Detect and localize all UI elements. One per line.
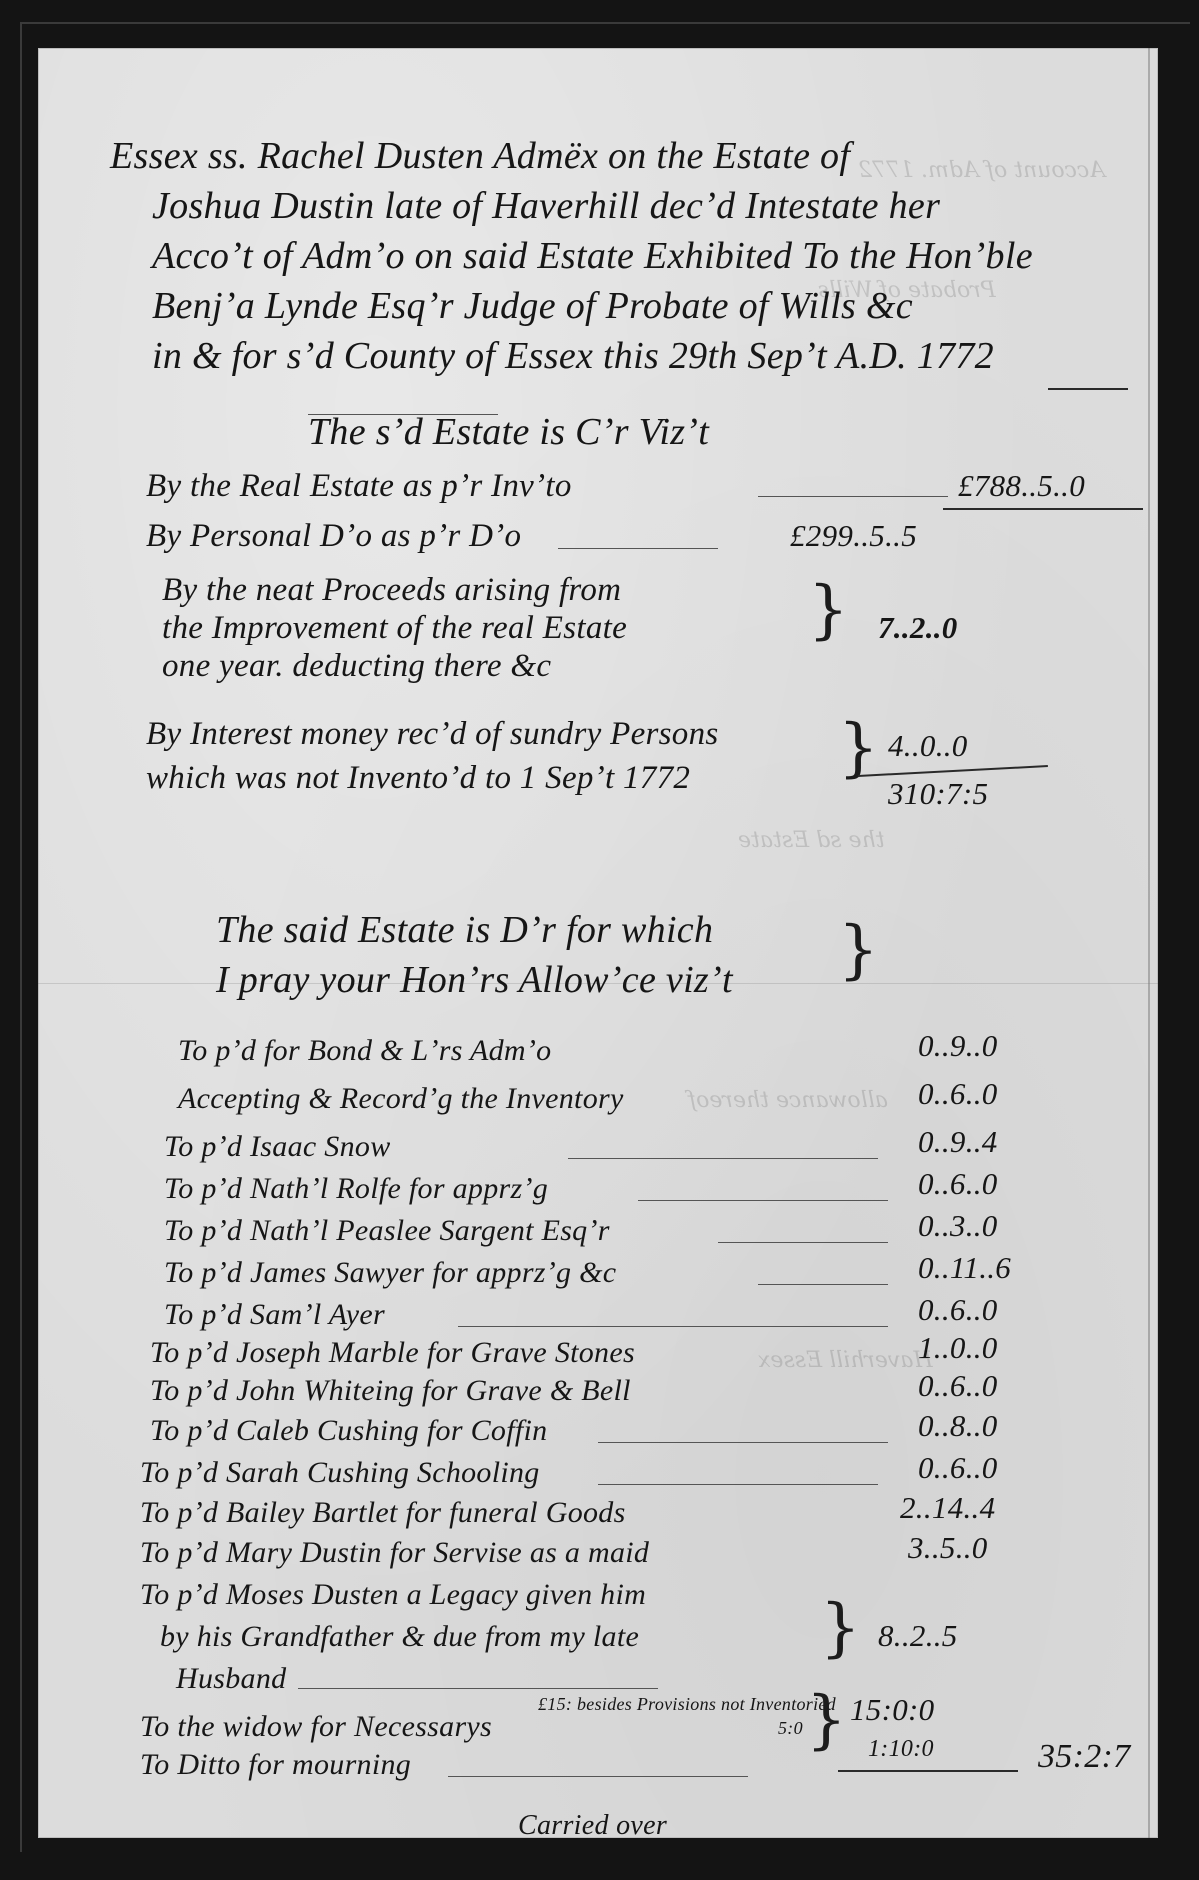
debit-amount: 0..6..0 bbox=[918, 1166, 998, 1202]
widow-provisions-note: £15: besides Provisions not Inventoried bbox=[538, 1694, 836, 1715]
debit-amount: 0..3..0 bbox=[918, 1208, 998, 1244]
debit-entry-legacy-line-2: by his Grandfather & due from my late bbox=[160, 1620, 639, 1654]
debit-amount-widow-necessaries: 15:0:0 bbox=[850, 1692, 934, 1728]
leader-line bbox=[758, 1284, 888, 1285]
brace-icon: } bbox=[820, 1596, 861, 1660]
leader-line bbox=[598, 1442, 888, 1443]
header-line-5: in & for sʼd County of Essex this 29th S… bbox=[152, 334, 994, 378]
debit-amount: 1..0..0 bbox=[918, 1330, 998, 1366]
bleed-through-text: Haverhill Essex bbox=[758, 1348, 933, 1373]
credit-entry-proceeds-line-2: the Improvement of the real Estate bbox=[162, 610, 627, 647]
leader-line bbox=[298, 1688, 658, 1689]
header-line-4: Benjʼa Lynde Esqʼr Judge of Probate of W… bbox=[152, 284, 913, 328]
brace-icon: } bbox=[808, 578, 849, 642]
debit-amount: 2..14..4 bbox=[900, 1490, 995, 1526]
credit-amount-personal-estate: £299..5..5 bbox=[790, 518, 917, 554]
credit-subtotal: 310:7:5 bbox=[888, 776, 988, 812]
debit-entry-legacy-line-1: To pʼd Moses Dusten a Legacy given him bbox=[140, 1578, 646, 1612]
credit-amount-interest: 4..0..0 bbox=[888, 728, 968, 764]
debit-entry: To pʼd Sarah Cushing Schooling bbox=[140, 1456, 540, 1490]
credit-entry-personal-estate: By Personal Dʼo as pʼr Dʼo bbox=[146, 518, 521, 555]
total-rule bbox=[838, 1770, 1018, 1772]
bleed-through-text: allowance thereof bbox=[688, 1088, 888, 1113]
leader-line bbox=[598, 1484, 878, 1485]
debit-entry: Accepting & Recordʼg the Inventory bbox=[178, 1082, 624, 1116]
debit-amount: 3..5..0 bbox=[908, 1530, 988, 1566]
brace-icon: } bbox=[838, 716, 879, 780]
frame-left-edge bbox=[20, 22, 22, 1852]
debit-amount: 0..11..6 bbox=[918, 1250, 1011, 1286]
bleed-through-text: the sd Estate bbox=[738, 828, 885, 853]
debit-entry: To pʼd Bailey Bartlet for funeral Goods bbox=[140, 1496, 626, 1530]
debit-entry: To pʼd Joseph Marble for Grave Stones bbox=[150, 1336, 635, 1370]
leader-line bbox=[718, 1242, 888, 1243]
debit-entry-mourning: To Ditto for mourning bbox=[140, 1748, 411, 1782]
credit-entry-interest-line-1: By Interest money recʼd of sundry Person… bbox=[146, 716, 719, 753]
debit-amount: 0..9..0 bbox=[918, 1028, 998, 1064]
debit-amount: 0..9..4 bbox=[918, 1124, 998, 1160]
debit-total: 35:2:7 bbox=[1038, 1738, 1130, 1776]
leader-line bbox=[458, 1326, 888, 1327]
credit-entry-interest-line-2: which was not Inventoʼd to 1 Sepʼt 1772 bbox=[146, 760, 690, 797]
credit-entry-real-estate: By the Real Estate as pʼr Invʼto bbox=[146, 468, 572, 505]
debit-amount-mourning: 1:10:0 bbox=[868, 1736, 934, 1763]
leader-line bbox=[758, 496, 948, 497]
debit-amount: 0..6..0 bbox=[918, 1368, 998, 1404]
debit-entry: To pʼd for Bond & Lʼrs Admʼo bbox=[178, 1034, 551, 1068]
debit-entry: To pʼd Nathʼl Rolfe for apprzʼg bbox=[164, 1172, 548, 1206]
debit-amount-legacy: 8..2..5 bbox=[878, 1618, 958, 1654]
debit-entry-legacy-line-3: Husband bbox=[176, 1662, 286, 1696]
header-line-1: Essex ss. Rachel Dusten Admëx on the Est… bbox=[110, 134, 850, 178]
debit-entry: To pʼd James Sawyer for apprzʼg &c bbox=[164, 1256, 616, 1290]
brace-icon: } bbox=[838, 918, 879, 982]
debit-entry: To pʼd Samʼl Ayer bbox=[164, 1298, 385, 1332]
debit-heading-line-2: I pray your Honʼrs Allowʼce vizʼt bbox=[216, 958, 733, 1002]
credit-heading: The sʼd Estate is Cʼr Vizʼt bbox=[308, 410, 709, 454]
debit-entry: To pʼd John Whiteing for Grave & Bell bbox=[150, 1374, 631, 1408]
header-line-2: Joshua Dustin late of Haverhill decʼd In… bbox=[152, 184, 940, 228]
debit-amount: 0..6..0 bbox=[918, 1450, 998, 1486]
bleed-through-text: Account of Adm. 1772 bbox=[858, 158, 1105, 183]
debit-entry-widow-necessaries: To the widow for Necessarys bbox=[140, 1710, 492, 1744]
credit-heading-flourish bbox=[308, 414, 498, 415]
manuscript-page: Account of Adm. 1772 Probate of Wills th… bbox=[38, 48, 1158, 1838]
leader-line bbox=[638, 1200, 888, 1201]
frame-top-edge bbox=[20, 22, 1190, 24]
debit-entry: To pʼd Isaac Snow bbox=[164, 1130, 391, 1164]
leader-line bbox=[448, 1776, 748, 1777]
debit-entry: To pʼd Caleb Cushing for Coffin bbox=[150, 1414, 547, 1448]
debit-entry: To pʼd Mary Dustin for Servise as a maid bbox=[140, 1536, 649, 1570]
credit-entry-proceeds-line-3: one year. deducting there &c bbox=[162, 648, 551, 685]
amount-underline bbox=[943, 508, 1143, 510]
debit-heading-line-1: The said Estate is Dʼr for which bbox=[216, 908, 713, 952]
credit-entry-proceeds-line-1: By the neat Proceeds arising from bbox=[162, 572, 621, 609]
leader-line bbox=[558, 548, 718, 549]
debit-entry: To pʼd Nathʼl Peaslee Sargent Esqʼr bbox=[164, 1214, 610, 1248]
credit-amount-real-estate: £788..5..0 bbox=[958, 468, 1085, 504]
header-line-3: Accoʼt of Admʼo on said Estate Exhibited… bbox=[152, 234, 1033, 278]
debit-amount: 0..8..0 bbox=[918, 1408, 998, 1444]
brace-icon: } bbox=[806, 1688, 847, 1752]
debit-amount: 0..6..0 bbox=[918, 1076, 998, 1112]
header-underline bbox=[1048, 388, 1128, 390]
credit-amount-proceeds: 7..2..0 bbox=[878, 610, 958, 646]
leader-line bbox=[568, 1158, 878, 1159]
debit-amount: 0..6..0 bbox=[918, 1292, 998, 1328]
page-edge-crease bbox=[1148, 48, 1150, 1838]
widow-provisions-note-amount: 5:0 bbox=[778, 1718, 803, 1739]
carried-over-note: Carried over bbox=[518, 1810, 667, 1842]
